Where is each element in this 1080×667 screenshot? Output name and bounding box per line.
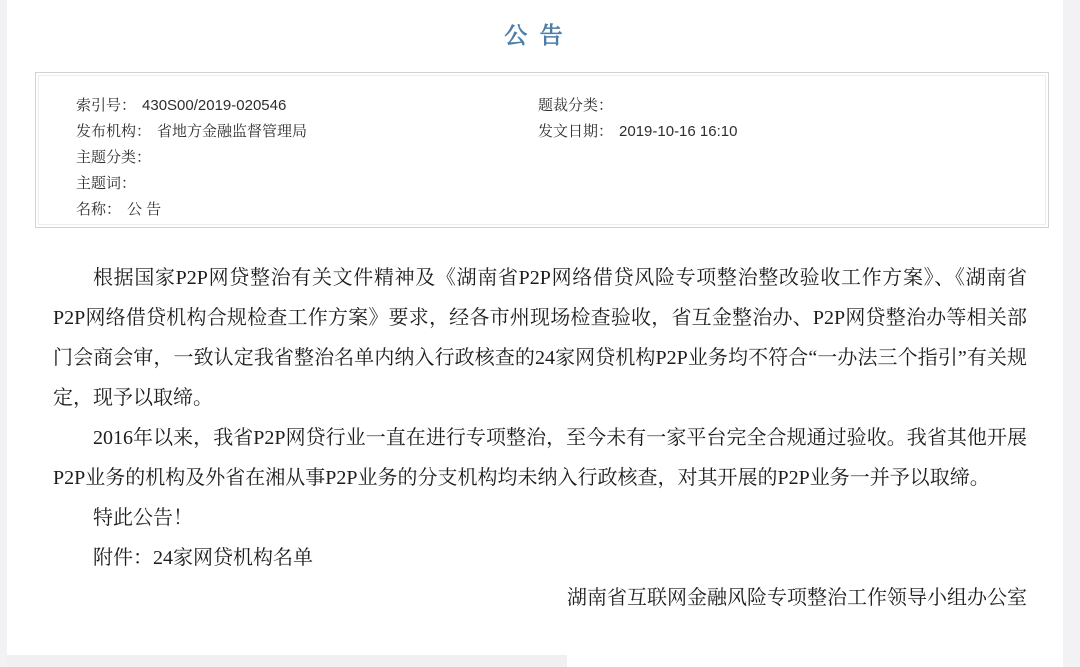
topic-category-label: 主题分类： [76, 149, 151, 166]
info-column-left: 索引号：430S00/2019-020546 发布机构：省地方金融监督管理局 主… [76, 93, 538, 223]
info-row-name: 名称：公 告 [76, 197, 538, 223]
info-row-genre-category: 题裁分类： [538, 93, 1048, 119]
info-row-index-number: 索引号：430S00/2019-020546 [76, 93, 538, 119]
bottom-shade [7, 655, 567, 667]
index-number-label: 索引号： [76, 97, 136, 114]
keywords-label: 主题词： [76, 175, 136, 192]
document-body: 根据国家P2P网贷整治有关文件精神及《湖南省P2P网络借贷风险专项整治整改验收工… [53, 258, 1027, 618]
info-row-topic-category: 主题分类： [76, 145, 538, 171]
document-info-box: 索引号：430S00/2019-020546 发布机构：省地方金融监督管理局 主… [35, 72, 1049, 228]
info-row-issuing-agency: 发布机构：省地方金融监督管理局 [76, 119, 538, 145]
attachment-line: 附件：24家网贷机构名单 [53, 538, 1027, 578]
page-title: 公 告 [7, 17, 1063, 50]
index-number-value: 430S00/2019-020546 [142, 97, 286, 114]
info-column-right: 题裁分类： 发文日期：2019-10-16 16:10 [538, 93, 1048, 223]
body-paragraph-closing: 特此公告！ [53, 498, 1027, 538]
body-paragraph-2: 2016年以来，我省P2P网贷行业一直在进行专项整治，至今未有一家平台完全合规通… [53, 418, 1027, 498]
issuing-agency-value: 省地方金融监督管理局 [157, 123, 307, 140]
document-page: 公 告 索引号：430S00/2019-020546 发布机构：省地方金融监督管… [7, 0, 1063, 667]
issue-date-value: 2019-10-16 16:10 [619, 123, 737, 140]
genre-category-label: 题裁分类： [538, 97, 613, 114]
info-row-keywords: 主题词： [76, 171, 538, 197]
name-label: 名称： [76, 201, 121, 218]
body-paragraph-1: 根据国家P2P网贷整治有关文件精神及《湖南省P2P网络借贷风险专项整治整改验收工… [53, 258, 1027, 418]
info-grid: 索引号：430S00/2019-020546 发布机构：省地方金融监督管理局 主… [76, 93, 1048, 223]
name-value: 公 告 [127, 201, 161, 218]
issuing-agency-label: 发布机构： [76, 123, 151, 140]
issue-date-label: 发文日期： [538, 123, 613, 140]
info-row-issue-date: 发文日期：2019-10-16 16:10 [538, 119, 1048, 145]
signature-line: 湖南省互联网金融风险专项整治工作领导小组办公室 [53, 578, 1027, 618]
